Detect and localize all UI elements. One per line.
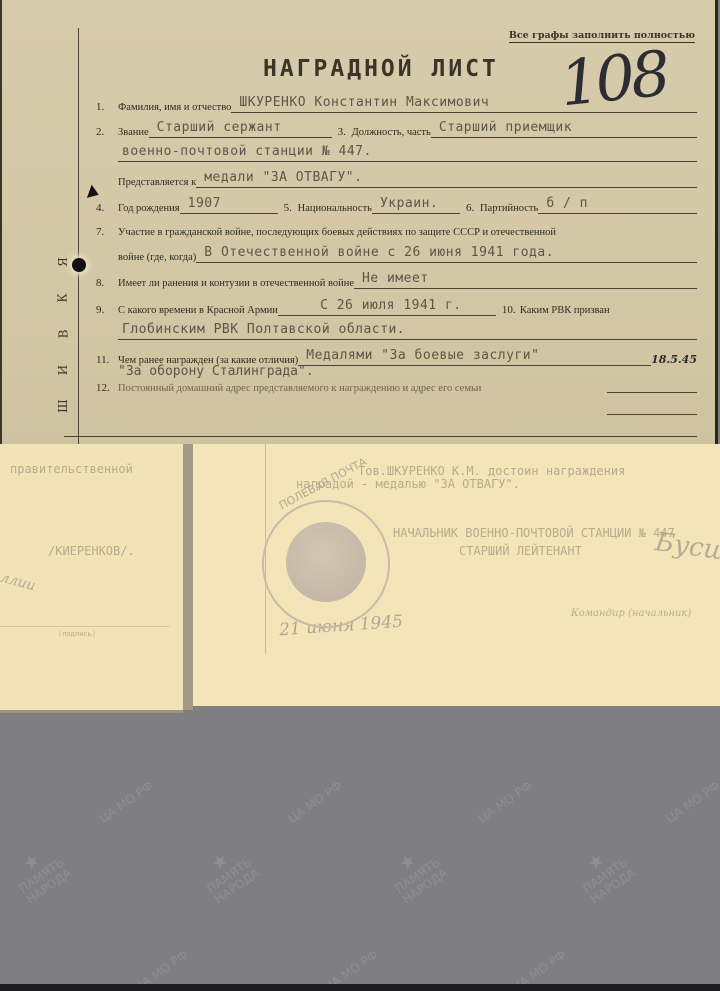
- watermark-project: ★ ПАМЯТЬ НАРОДА: [193, 839, 262, 906]
- field-value: С 26 июля 1941 г.: [278, 297, 496, 316]
- field-label: Представляется к: [118, 177, 196, 188]
- field-value: военно-почтовой станции № 447.: [118, 143, 697, 162]
- punch-hole: [72, 258, 86, 272]
- field-label: войне (где, когда): [118, 252, 196, 263]
- handwritten-signature: ллии: [0, 570, 37, 595]
- field-number: 7.: [96, 226, 118, 238]
- bottom-bar: [0, 984, 720, 991]
- field-position-cont: военно-почтовой станции № 447.: [118, 142, 697, 162]
- field-post-stamp: ПОЛЕВАЯ ПОЧТА: [262, 500, 390, 628]
- margin-letter: В: [56, 330, 70, 339]
- watermark-project: ★ ПАМЯТЬ НАРОДА: [5, 839, 74, 906]
- signature-caption: (подпись): [58, 630, 96, 638]
- margin-letter: Я: [56, 257, 70, 267]
- margin-rule: [78, 28, 79, 444]
- address-line: [607, 414, 697, 415]
- field-home-address: 12. Постоянный домашний адрес представля…: [96, 374, 697, 394]
- field-army-since: 9. С какого времени в Красной Армии С 26…: [96, 296, 697, 316]
- field-value: Не имеет: [354, 270, 697, 289]
- signer-rank: СТАРШИЙ ЛЕЙТЕНАНТ: [459, 544, 582, 558]
- left-back-page: правительственной /КИЕРЕНКОВ/. (подпись)…: [0, 444, 183, 713]
- page-gutter: [183, 444, 193, 710]
- signature-line: [0, 626, 170, 627]
- field-wounds: 8. Имеет ли ранения и контузии в отечест…: [96, 269, 697, 289]
- watermark-archive: ЦА МО РФ: [97, 779, 156, 826]
- handwritten-signature: Бусш: [653, 527, 720, 567]
- address-line: [607, 392, 697, 393]
- watermark-project: ★ ПАМЯТЬ НАРОДА: [381, 839, 450, 906]
- bottom-rule: [64, 436, 697, 437]
- field-war-participation-cont: войне (где, когда) В Отечественной войне…: [118, 243, 697, 263]
- field-number: 11.: [96, 354, 118, 366]
- field-label: Партийность: [480, 203, 538, 214]
- stamp-emblem: [286, 522, 366, 602]
- field-value: В Отечественной войне с 26 июня 1941 год…: [196, 244, 697, 263]
- field-number: 2.: [96, 126, 118, 138]
- field-value: б / п: [538, 195, 697, 214]
- margin-letters: Я К В И Ш: [54, 255, 72, 413]
- conclusion-text: Тов.ШКУРЕНКО К.М. достоин награждения: [358, 464, 625, 478]
- field-full-name: 1. Фамилия, имя и отчество ШКУРЕНКО Конс…: [96, 93, 697, 113]
- watermark-archive: ЦА МО РФ: [476, 779, 535, 826]
- watermark-project: ★ ПАМЯТЬ НАРОДА: [569, 839, 638, 906]
- watermark-archive: ЦА МО РФ: [664, 779, 720, 826]
- watermark-archive: ЦА МО РФ: [286, 779, 345, 826]
- field-label: Национальность: [298, 203, 372, 214]
- document-title: НАГРАДНОЙ ЛИСТ: [263, 56, 499, 82]
- field-label: Каким РВК призван: [520, 305, 610, 316]
- field-number: 3.: [338, 126, 352, 138]
- field-value: Старший приемщик: [431, 119, 697, 138]
- field-label: Участие в гражданской войне, последующих…: [118, 227, 556, 238]
- field-label: Имеет ли ранения и контузии в отечествен…: [118, 278, 354, 289]
- field-label: Звание: [118, 127, 149, 138]
- margin-letter: Ш: [56, 399, 70, 413]
- signer-title: НАЧАЛЬНИК ВОЕННО-ПОЧТОВОЙ СТАНЦИИ № 447: [393, 526, 675, 540]
- field-war-participation: 7. Участие в гражданской войне, последую…: [96, 218, 697, 238]
- field-number: 5.: [284, 202, 298, 214]
- field-label: Фамилия, имя и отчество: [118, 102, 231, 113]
- field-number: 9.: [96, 304, 118, 316]
- field-rvk-value: Глобинским РВК Полтавской области.: [118, 320, 697, 340]
- field-rank-position: 2. Звание Старший сержант 3. Должность, …: [96, 118, 697, 138]
- field-label: Год рождения: [118, 203, 180, 214]
- instruction-note: Все графы заполнить полностью: [509, 30, 695, 43]
- field-number: 1.: [96, 101, 118, 113]
- field-value: Украин.: [372, 195, 460, 214]
- field-number: 4.: [96, 202, 118, 214]
- field-value: Глобинским РВК Полтавской области.: [118, 321, 697, 340]
- field-label: Постоянный домашний адрес представляемог…: [118, 383, 481, 394]
- margin-letter: И: [56, 365, 70, 375]
- margin-letter: К: [56, 293, 70, 302]
- field-number: 8.: [96, 277, 118, 289]
- award-sheet-page: Я К В И Ш Все графы заполнить полностью …: [0, 0, 718, 444]
- faint-signature-name: /КИЕРЕНКОВ/.: [48, 544, 135, 558]
- field-birth-nationality-party: 4. Год рождения 1907 5. Национальность У…: [96, 194, 697, 214]
- field-value: медали "ЗА ОТВАГУ".: [196, 169, 697, 188]
- field-value: ШКУРЕНКО Константин Максимович: [231, 94, 697, 113]
- field-number: 6.: [466, 202, 480, 214]
- faint-text: правительственной: [10, 462, 133, 476]
- field-nominated-for: Представляется к медали "ЗА ОТВАГУ".: [118, 168, 697, 188]
- field-label: С какого времени в Красной Армии: [118, 305, 278, 316]
- commander-caption: Командир (начальник): [571, 608, 691, 619]
- field-value: 1907: [180, 195, 278, 214]
- field-value: Старший сержант: [149, 119, 332, 138]
- field-number: 12.: [96, 382, 118, 394]
- field-label: Должность, часть: [352, 127, 431, 138]
- field-number: 10.: [502, 304, 520, 316]
